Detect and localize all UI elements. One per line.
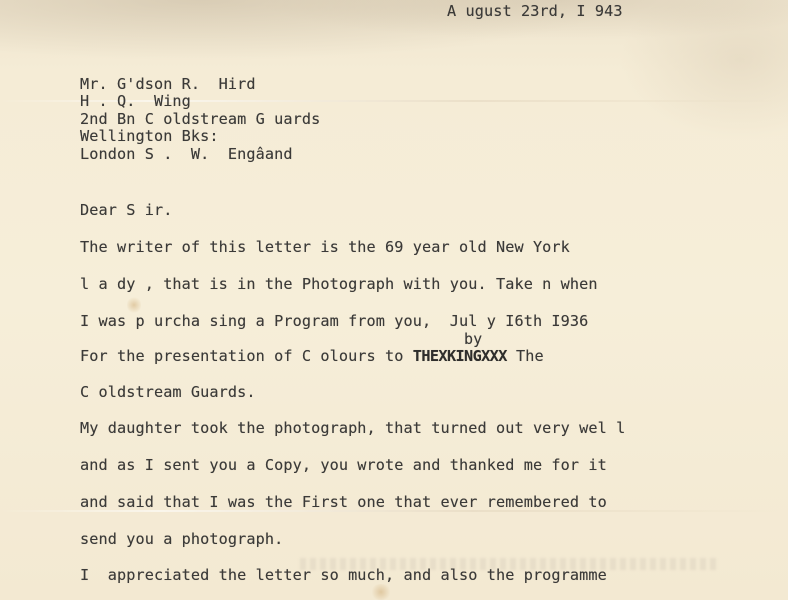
body-line: and as I sent you a Copy, you wrote and …: [80, 457, 607, 474]
body-line: I was p urcha sing a Program from you, J…: [80, 313, 588, 330]
letter-page: A ugust 23rd, I 943 Mr. G'dson R. Hird H…: [0, 0, 788, 600]
address-line: Wellington Bks:: [80, 128, 219, 145]
letter-date: A ugust 23rd, I 943: [447, 3, 623, 20]
body-line: C oldstream Guards.: [80, 384, 256, 401]
body-line: l a dy , that is in the Photograph with …: [80, 276, 598, 293]
body-text: For the presentation of C olours to: [80, 347, 413, 365]
paper-stain: [370, 584, 392, 600]
address-line: H . Q. Wing: [80, 93, 191, 110]
salutation: Dear S ir.: [80, 202, 172, 219]
struck-out-text: THEXKINGXXX: [413, 347, 507, 365]
body-line: send you a photograph.: [80, 531, 283, 548]
address-line: 2nd Bn C oldstream G uards: [80, 111, 320, 128]
address-line: London S . W. Engâand: [80, 146, 293, 163]
body-line: I appreciated the letter so much, and al…: [80, 567, 607, 584]
address-line: Mr. G'dson R. Hird: [80, 76, 256, 93]
body-text: The: [507, 347, 544, 365]
typed-insertion: by: [464, 331, 482, 348]
body-line: My daughter took the photograph, that tu…: [80, 420, 625, 437]
body-line: The writer of this letter is the 69 year…: [80, 239, 570, 256]
body-line: For the presentation of C olours to THEX…: [80, 348, 544, 365]
body-line: and said that I was the First one that e…: [80, 494, 607, 511]
